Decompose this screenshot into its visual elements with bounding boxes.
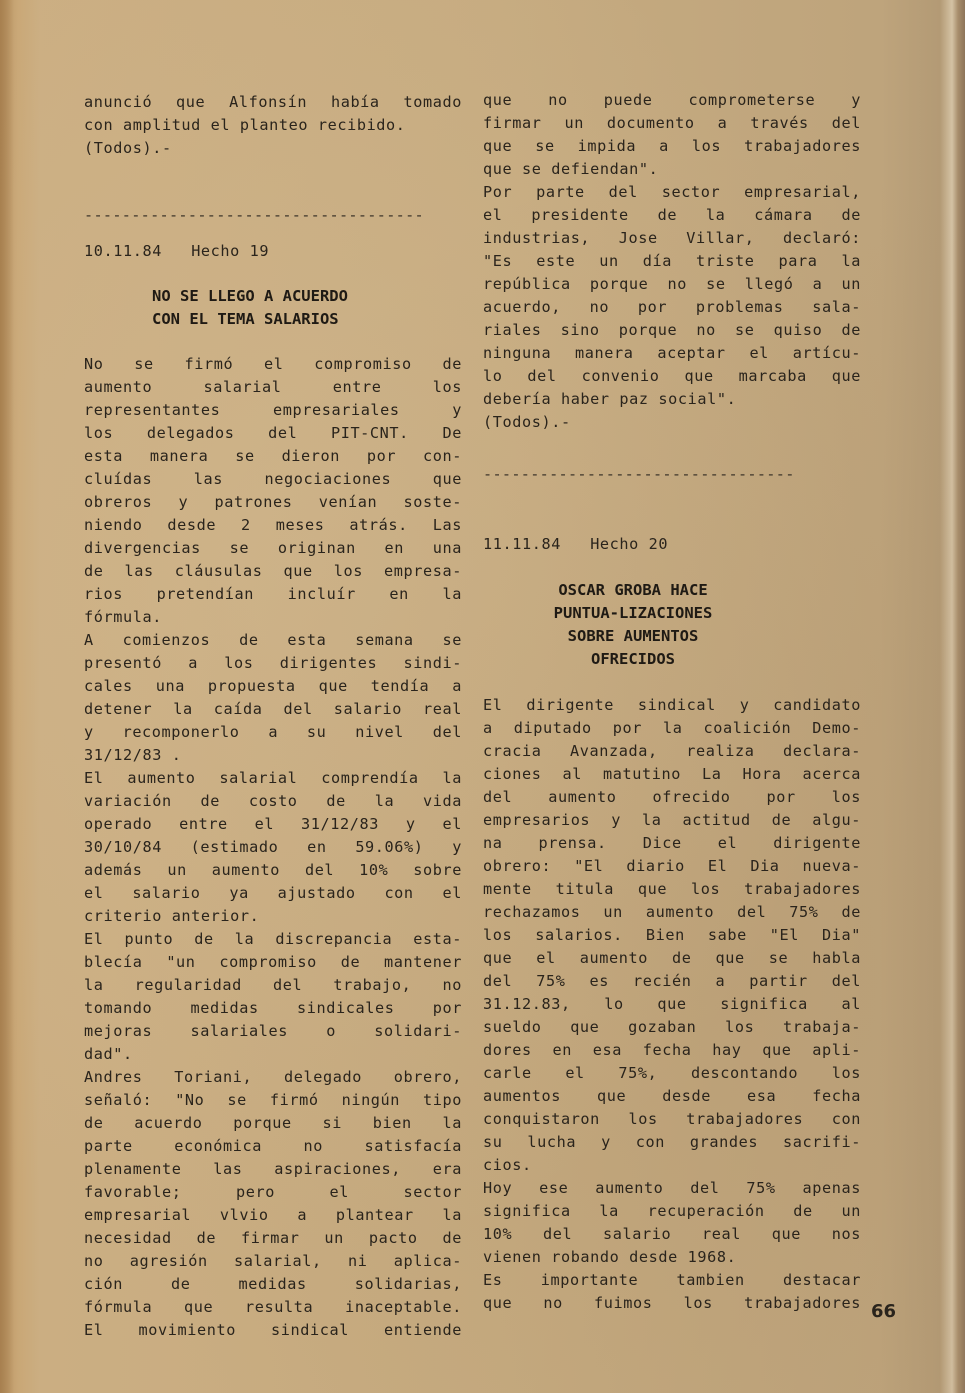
text-line: representantes empresariales y <box>84 399 462 422</box>
text-line: cluídas las negociaciones que <box>84 468 462 491</box>
section-separator: --------------------------------- <box>483 463 861 486</box>
page-edge-shadow <box>0 0 14 1393</box>
text-line: república porque no se llegó a un <box>483 273 861 296</box>
text-line: a diputado por la coalición Demo- <box>483 717 861 740</box>
text-line: riales sino porque no se quiso de <box>483 319 861 342</box>
entry-label: Hecho 19 <box>191 242 269 260</box>
text-line: No se firmó el compromiso de <box>84 353 462 376</box>
entry-label: Hecho 20 <box>590 535 668 553</box>
intro-paragraph: anunció que Alfonsín había tomado con am… <box>84 91 462 160</box>
text-line: mente titula que los trabajadores <box>483 878 861 901</box>
text-line: presentó a los dirigentes sindi- <box>84 652 462 675</box>
text-line: de acuerdo porque si bien la <box>84 1112 462 1135</box>
text-line: (Todos).- <box>483 411 861 434</box>
text-line: Andres Toriani, delegado obrero, <box>84 1066 462 1089</box>
text-line: industrias, Jose Villar, declaró: <box>483 227 861 250</box>
text-line: (Todos).- <box>84 137 462 160</box>
text-line: variación de costo de la vida <box>84 790 462 813</box>
text-line: tomando medidas sindicales por <box>84 997 462 1020</box>
text-line: con amplitud el planteo recibido. <box>84 114 462 137</box>
headline-line: NO SE LLEGO A ACUERDO <box>152 285 462 308</box>
text-line: y recomponerlo a su nivel del <box>84 721 462 744</box>
text-line: que no fuimos los trabajadores <box>483 1292 861 1315</box>
text-line: que no puede comprometerse y <box>483 89 861 112</box>
text-line: del aumento ofrecido por los <box>483 786 861 809</box>
text-line: "Es este un día triste para la <box>483 250 861 273</box>
text-line: acuerdo, no por problemas sala- <box>483 296 861 319</box>
text-line: obreros y patrones venían soste- <box>84 491 462 514</box>
text-line: criterio anterior. <box>84 905 462 928</box>
headline-line: CON EL TEMA SALARIOS <box>152 308 462 331</box>
right-column: que no puede comprometerse y firmar un d… <box>483 89 861 1315</box>
text-line: vienen robando desde 1968. <box>483 1246 861 1269</box>
text-line: operado entre el 31/12/83 y el <box>84 813 462 836</box>
text-line: ninguna manera aceptar el artícu- <box>483 342 861 365</box>
entry-dateline: 10.11.84 Hecho 19 <box>84 240 462 263</box>
text-line: dores en esa fecha hay que apli- <box>483 1039 861 1062</box>
entry-body: El dirigente sindical y candidato a dipu… <box>483 694 861 1315</box>
text-line: cales una propuesta que tendía a <box>84 675 462 698</box>
text-line: blecía "un compromiso de mantener <box>84 951 462 974</box>
text-line: firmar un documento a través del <box>483 112 861 135</box>
text-line: anunció que Alfonsín había tomado <box>84 91 462 114</box>
text-line: na prensa. Dice el dirigente <box>483 832 861 855</box>
text-line: los delegados del PIT-CNT. De <box>84 422 462 445</box>
text-line: El aumento salarial comprendía la <box>84 767 462 790</box>
text-line: favorable; pero el sector <box>84 1181 462 1204</box>
text-line: aumento salarial entre los <box>84 376 462 399</box>
text-line: fórmula. <box>84 606 462 629</box>
section-separator: ------------------------------------ <box>84 204 462 227</box>
scanned-page: anunció que Alfonsín había tomado con am… <box>0 0 965 1393</box>
page-number: 66 <box>871 1301 896 1322</box>
text-line: El punto de la discrepancia esta- <box>84 928 462 951</box>
text-line: lo del convenio que marcaba que <box>483 365 861 388</box>
text-line: empresarios y la actitud de algu- <box>483 809 861 832</box>
text-line: Es importante tambien destacar <box>483 1269 861 1292</box>
text-line: los salarios. Bien sabe "El Dia" <box>483 924 861 947</box>
entry-date: 11.11.84 <box>483 535 561 553</box>
text-line: significa la recuperación de un <box>483 1200 861 1223</box>
text-line: dad". <box>84 1043 462 1066</box>
headline-line: PUNTUA-LIZACIONES <box>483 602 783 625</box>
text-line: Por parte del sector empresarial, <box>483 181 861 204</box>
text-line: obrero: "El diario El Dia nueva- <box>483 855 861 878</box>
text-line: cracia Avanzada, realiza declara- <box>483 740 861 763</box>
headline-line: SOBRE AUMENTOS <box>483 625 783 648</box>
text-line: necesidad de firmar un pacto de <box>84 1227 462 1250</box>
text-line: aumentos que desde esa fecha <box>483 1085 861 1108</box>
text-line: Hoy ese aumento del 75% apenas <box>483 1177 861 1200</box>
text-line: divergencias se originan en una <box>84 537 462 560</box>
text-line: El dirigente sindical y candidato <box>483 694 861 717</box>
text-line: el salario ya ajustado con el <box>84 882 462 905</box>
text-line: niendo desde 2 meses atrás. Las <box>84 514 462 537</box>
text-line: que se impida a los trabajadores <box>483 135 861 158</box>
text-line: además un aumento del 10% sobre <box>84 859 462 882</box>
entry-body: No se firmó el compromiso de aumento sal… <box>84 353 462 1342</box>
text-line: ción de medidas solidarias, <box>84 1273 462 1296</box>
text-line: del 75% es recién a partir del <box>483 970 861 993</box>
text-line: ciones al matutino La Hora acerca <box>483 763 861 786</box>
text-line: esta manera se dieron por con- <box>84 445 462 468</box>
headline-line: OSCAR GROBA HACE <box>483 579 783 602</box>
text-line: rios pretendían incluír en la <box>84 583 462 606</box>
text-line: que se defiendan". <box>483 158 861 181</box>
text-line: empresarial vlvio a plantear la <box>84 1204 462 1227</box>
text-line: sueldo que gozaban los trabaja- <box>483 1016 861 1039</box>
text-line: rechazamos un aumento del 75% de <box>483 901 861 924</box>
text-line: mejoras salariales o solidari- <box>84 1020 462 1043</box>
text-line: carle el 75%, descontando los <box>483 1062 861 1085</box>
text-line: la regularidad del trabajo, no <box>84 974 462 997</box>
headline-line: OFRECIDOS <box>483 648 783 671</box>
entry-headline: NO SE LLEGO A ACUERDO CON EL TEMA SALARI… <box>84 285 462 331</box>
text-line: señaló: "No se firmó ningún tipo <box>84 1089 462 1112</box>
text-line: el presidente de la cámara de <box>483 204 861 227</box>
entry-headline: OSCAR GROBA HACE PUNTUA-LIZACIONES SOBRE… <box>483 579 783 671</box>
text-line: debería haber paz social". <box>483 388 861 411</box>
text-line: detener la caída del salario real <box>84 698 462 721</box>
text-line: parte económica no satisfacía <box>84 1135 462 1158</box>
text-line: de las cláusulas que los empresa- <box>84 560 462 583</box>
text-line: A comienzos de esta semana se <box>84 629 462 652</box>
text-line: 30/10/84 (estimado en 59.06%) y <box>84 836 462 859</box>
text-line: fórmula que resulta inaceptable. <box>84 1296 462 1319</box>
text-line: cios. <box>483 1154 861 1177</box>
entry-dateline: 11.11.84 Hecho 20 <box>483 533 861 556</box>
text-line: 10% del salario real que nos <box>483 1223 861 1246</box>
continuation-paragraph: que no puede comprometerse y firmar un d… <box>483 89 861 434</box>
text-line: su lucha y con grandes sacrifi- <box>483 1131 861 1154</box>
text-line: 31.12.83, lo que significa al <box>483 993 861 1016</box>
text-line: que el aumento de que se habla <box>483 947 861 970</box>
text-line: no agresión salarial, ni aplica- <box>84 1250 462 1273</box>
entry-date: 10.11.84 <box>84 242 162 260</box>
text-line: El movimiento sindical entiende <box>84 1319 462 1342</box>
text-line: conquistaron los trabajadores con <box>483 1108 861 1131</box>
left-column: anunció que Alfonsín había tomado con am… <box>84 91 462 1342</box>
text-line: 31/12/83 . <box>84 744 462 767</box>
text-line: plenamente las aspiraciones, era <box>84 1158 462 1181</box>
